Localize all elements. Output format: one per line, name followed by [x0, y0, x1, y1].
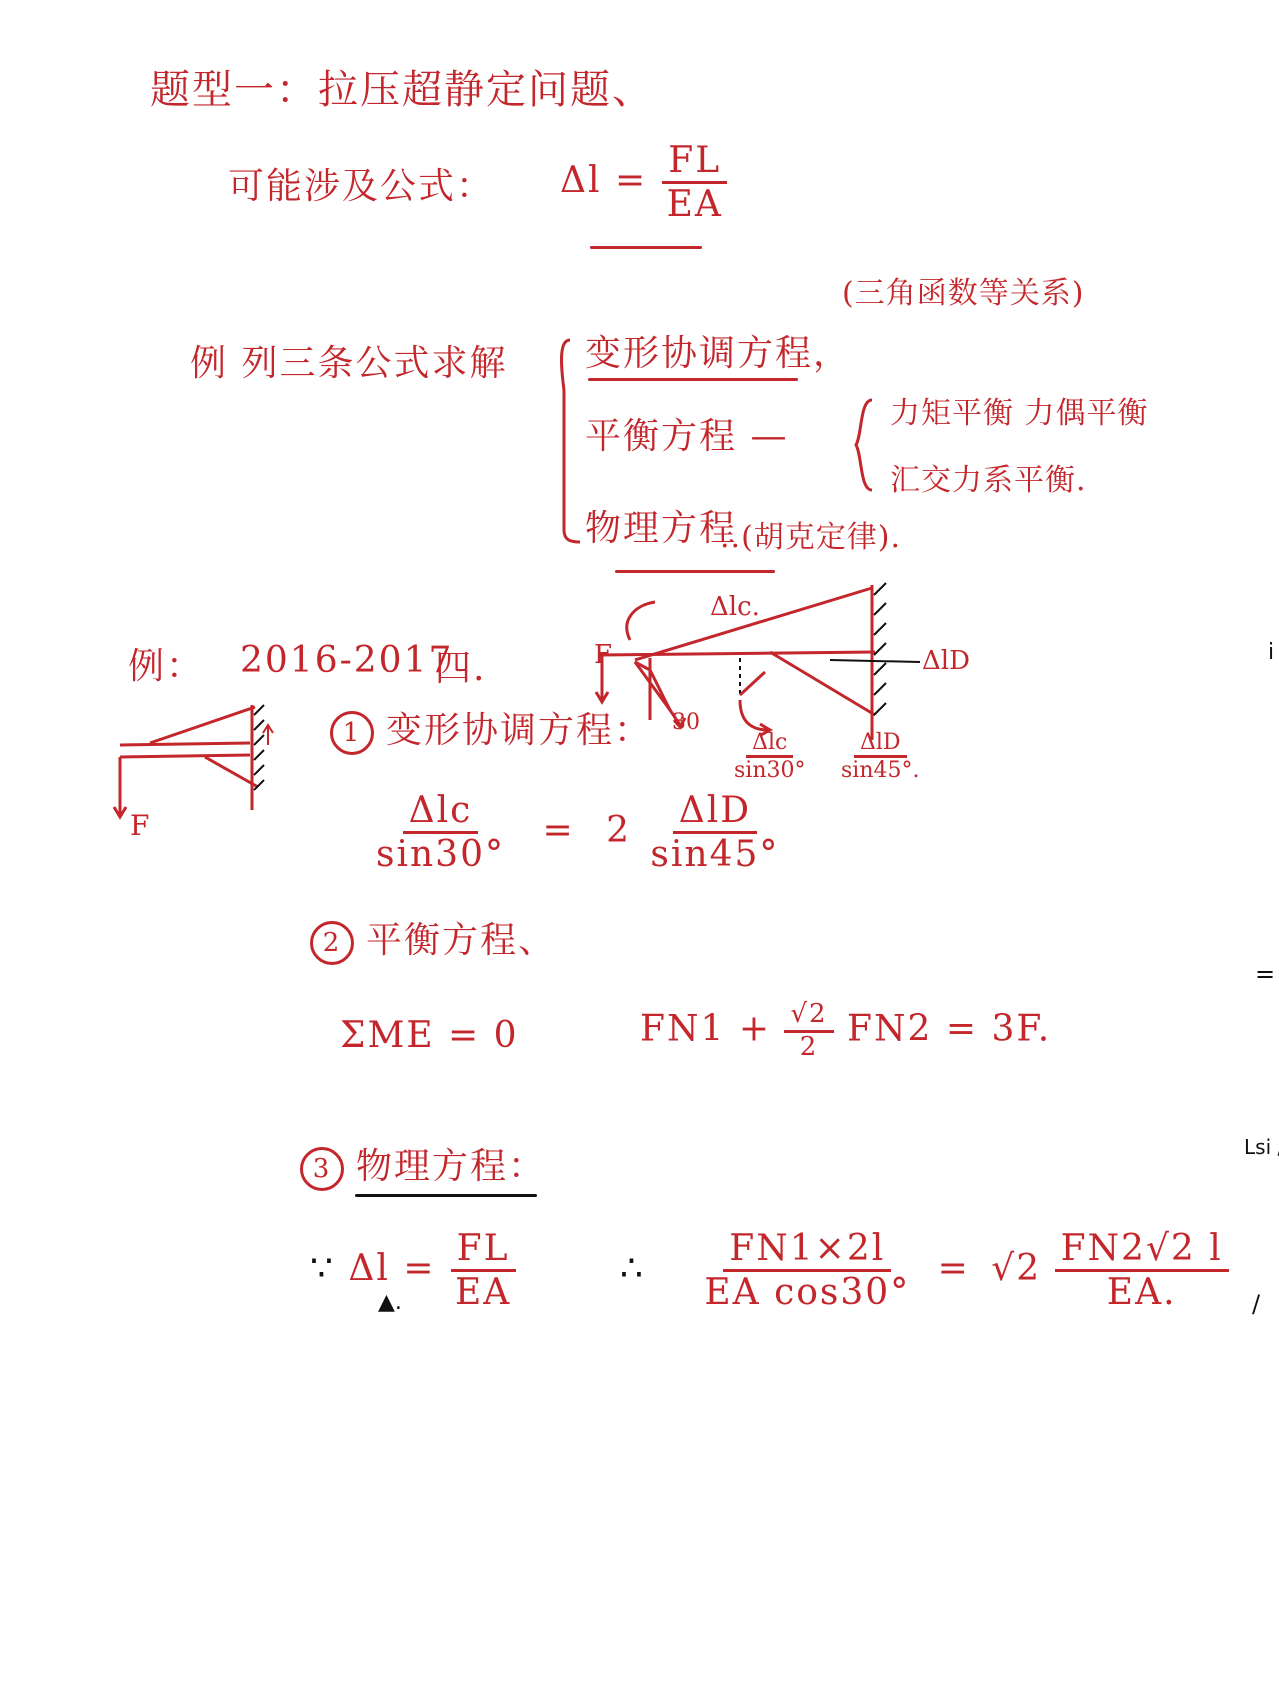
deformation-underline — [588, 378, 798, 381]
step-2-force-eq: FN1 + √22 FN2 = 3F. — [640, 1000, 1051, 1063]
result-lhs-num: FN1×2l — [723, 1228, 891, 1272]
diagram-force-label: F — [594, 640, 612, 670]
diagram-fraction-d: ΔlDsin45°. — [835, 730, 925, 784]
method-item-equilibrium: 平衡方程 — — [585, 408, 788, 459]
example-label: 例： — [128, 638, 204, 689]
formula-lhs: Δl = — [560, 160, 647, 201]
step-2-title: 平衡方程、 — [366, 920, 556, 961]
result-coef: √2 — [991, 1248, 1041, 1289]
physical-underline — [615, 570, 775, 573]
law-num: FL — [451, 1228, 516, 1272]
step-2-heading: 2平衡方程、 — [310, 912, 556, 965]
step-2-moment-eq: ΣME = 0 — [340, 1015, 519, 1056]
margin-fragment-2: = — [1255, 960, 1275, 988]
page-title: 题型一：拉压超静定问题、 — [150, 58, 654, 115]
step-1-lhs-den: sin30° — [370, 834, 511, 875]
step-1-number: 1 — [330, 711, 374, 755]
method-item-deformation: 变形协调方程， — [585, 325, 851, 376]
structure-sketch-icon: F — [110, 705, 270, 845]
diagram-frac-c-den: sin30° — [728, 758, 812, 783]
trig-note: (三角函数等关系) — [842, 268, 1084, 312]
step-3-heading: 3物理方程： — [300, 1138, 546, 1191]
because-symbol: ∵ — [310, 1248, 335, 1289]
svg-text:F: F — [130, 809, 149, 842]
step-1-coef: 2 — [606, 810, 631, 851]
step-2-number: 2 — [310, 921, 354, 965]
step-2-eq-b: FN2 = 3F. — [847, 1008, 1051, 1049]
method-item-physical: 物理方程 — [585, 500, 737, 551]
step-1-equation: Δlcsin30° = 2 ΔlDsin45° — [370, 790, 785, 876]
step-3-number: 3 — [300, 1147, 344, 1191]
step-3-result: ∴ FN1×2lEA cos30° = √2 FN2√2 lEA. — [620, 1228, 1229, 1314]
step-1-title: 变形协调方程： — [386, 710, 652, 751]
margin-fragment-1: i — [1268, 640, 1274, 665]
step-1-equals: = — [542, 810, 574, 851]
formula-denominator: EA — [661, 184, 729, 225]
formula-underline — [590, 246, 702, 249]
diagram-frac-d-den: sin45°. — [835, 758, 925, 783]
formula-numerator: FL — [662, 140, 727, 184]
example-source: 2016-2017 — [240, 640, 453, 681]
step-3-law: ∵ Δl = FLEA — [310, 1228, 517, 1314]
diagram-delta-d: ΔlD — [922, 646, 970, 676]
diagram-delta-c: Δlc. — [710, 592, 760, 622]
step-2-eq-a: FN1 + — [640, 1008, 771, 1049]
law-den: EA — [449, 1272, 517, 1313]
method-label: 例 列三条公式求解 — [190, 335, 507, 386]
step-1-lhs-num: Δlc — [403, 790, 479, 834]
result-rhs-den: EA. — [1101, 1272, 1183, 1313]
result-rhs-num: FN2√2 l — [1055, 1228, 1229, 1272]
equilibrium-moment: 力矩平衡 力偶平衡 — [890, 388, 1149, 432]
step-1-rhs-den: sin45° — [644, 834, 785, 875]
step-1-heading: 1变形协调方程： — [330, 702, 652, 755]
step-2-den: 2 — [794, 1033, 825, 1063]
diagram-frac-d-num: ΔlD — [854, 730, 907, 758]
equilibrium-brace-icon — [850, 395, 880, 495]
example-problem-number: 四. — [435, 640, 486, 691]
formula-label: 可能涉及公式： — [228, 158, 494, 209]
law-lhs: Δl = — [348, 1248, 435, 1289]
formula-fraction: FL EA — [661, 140, 729, 226]
main-formula: Δl = FL EA — [560, 140, 729, 226]
margin-fragment-3: Lsi / 2 — [1244, 1135, 1279, 1159]
triangle-marker: ▲. — [378, 1290, 402, 1315]
margin-fragment-4: / — [1252, 1290, 1260, 1318]
step-3-underline — [355, 1194, 537, 1197]
step-3-title: 物理方程： — [356, 1146, 546, 1187]
step-2-num: √2 — [784, 1000, 833, 1033]
therefore-symbol: ∴ — [620, 1248, 645, 1289]
diagram-fraction-c: Δlcsin30° — [728, 730, 812, 784]
result-lhs-den: EA cos30° — [698, 1272, 916, 1313]
result-equals: = — [938, 1248, 970, 1289]
hooke-note: ..(胡克定律). — [720, 512, 901, 556]
step-1-rhs-num: ΔlD — [673, 790, 757, 834]
diagram-frac-c-num: Δlc — [746, 730, 793, 758]
equilibrium-concurrent: 汇交力系平衡. — [890, 455, 1087, 499]
diagram-angle: 30 — [672, 710, 700, 735]
